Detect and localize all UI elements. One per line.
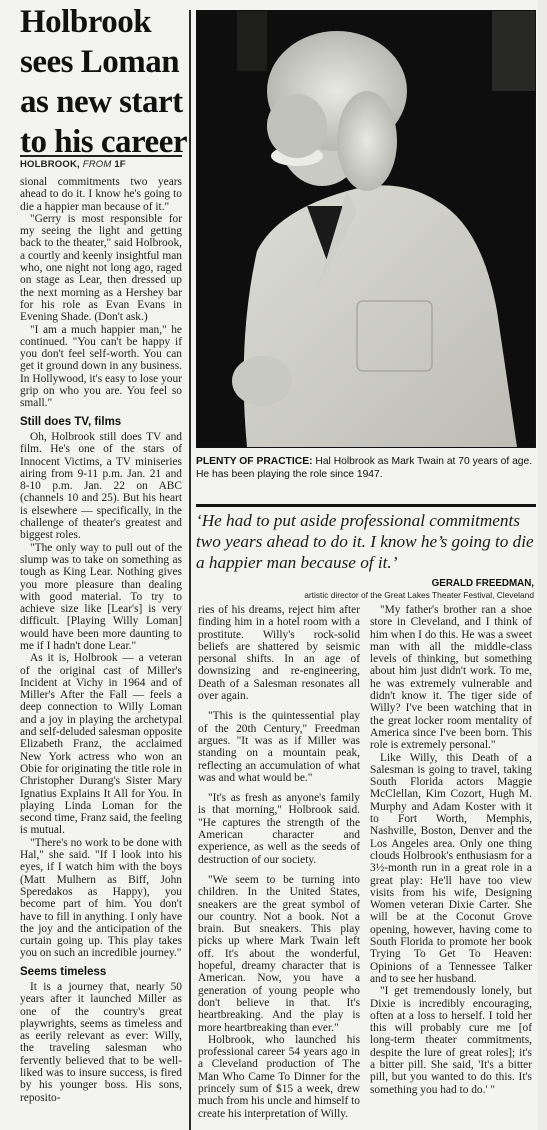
jump-slug: HOLBROOK,: [20, 159, 80, 170]
photo-hal-holbrook-as-mark-twain: [196, 10, 536, 448]
photo-illustration: [197, 11, 535, 447]
paragraph: "The only way to pull out of the slump w…: [20, 542, 182, 653]
paragraph: "This is the quintessential play of the …: [198, 710, 360, 784]
photo-caption: PLENTY OF PRACTICE: Hal Holbrook as Mark…: [196, 455, 536, 481]
subhead: Seems timeless: [20, 966, 182, 978]
headline-line-2: sees Loman: [20, 42, 190, 82]
paragraph: Oh, Holbrook still does TV and film. He'…: [20, 431, 182, 542]
paragraph: "I am a much happier man," he continued.…: [20, 324, 182, 410]
paragraph: sional commitments two years ahead to do…: [20, 176, 182, 213]
paragraph: Holbrook, who launched his professional …: [198, 1034, 360, 1120]
article-column-1: sional commitments two years ahead to do…: [20, 176, 182, 1104]
paragraph: "Gerry is most responsible for my seeing…: [20, 213, 182, 324]
jump-line: HOLBROOK, FROM 1F: [20, 159, 126, 170]
paragraph: As it is, Holbrook — a veteran of the or…: [20, 652, 182, 836]
headline-line-3: as new start: [20, 82, 190, 122]
article-column-2: ries of his dreams, reject him after fin…: [198, 604, 360, 1120]
pull-quote-attribution-name: GERALD FREEDMAN,: [196, 578, 534, 589]
paragraph: "There's no work to be done with Hal," s…: [20, 837, 182, 960]
jump-from: FROM: [83, 159, 112, 170]
headline-rule: [20, 155, 182, 157]
subhead: Still does TV, films: [20, 416, 182, 428]
paragraph: It is a journey that, nearly 50 years af…: [20, 981, 182, 1104]
pull-quote-attribution-title: artistic director of the Great Lakes The…: [196, 590, 534, 600]
pull-quote: ‘He had to put aside professional commit…: [196, 510, 541, 573]
paragraph: Like Willy, this Death of a Salesman is …: [370, 752, 532, 986]
column-divider: [189, 10, 191, 1130]
paragraph: "We seem to be turning into children. In…: [198, 874, 360, 1034]
headline: Holbrook sees Loman as new start to his …: [20, 2, 190, 162]
caption-label: PLENTY OF PRACTICE:: [196, 456, 313, 467]
paragraph: "It's as fresh as anyone's family is tha…: [198, 792, 360, 866]
paragraph: "I get tremendously lonely, but Dixie is…: [370, 985, 532, 1096]
article-column-3: "My father's brother ran a shoe store in…: [370, 604, 532, 1096]
paragraph: ries of his dreams, reject him after fin…: [198, 604, 360, 702]
paragraph: "My father's brother ran a shoe store in…: [370, 604, 532, 752]
jump-page: 1F: [114, 159, 126, 170]
headline-line-1: Holbrook: [20, 2, 190, 42]
pull-quote-rule: [196, 504, 536, 507]
